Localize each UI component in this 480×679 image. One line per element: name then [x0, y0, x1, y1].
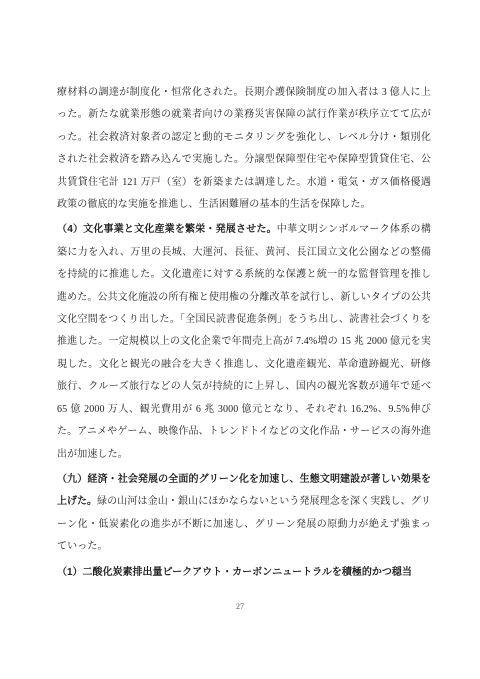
text-run: 療材料の調達が制度化・恒常化された。長期介護保険制度の加入者は 3 億人に上った… — [57, 87, 431, 210]
paragraph: 療材料の調達が制度化・恒常化された。長期介護保険制度の加入者は 3 億人に上った… — [57, 82, 431, 216]
text-run: 緑の山河は金山・銀山にほかならないという発展理念を深く実践し、グリーン化・低炭素… — [57, 496, 431, 552]
page-footer: 27 — [0, 596, 480, 614]
paragraph: （4）文化事業と文化産業を繁栄・発展させた。中華文明シンボルマーク体系の構築に力… — [57, 219, 431, 465]
page-number: 27 — [236, 602, 244, 611]
document-page: 療材料の調達が制度化・恒常化された。長期介護保険制度の加入者は 3 億人に上った… — [0, 0, 480, 679]
paragraph: （1）二酸化炭素排出量ピークアウト・カーボンニュートラルを積極的かつ穏当 — [57, 562, 431, 584]
paragraph: （九）経済・社会発展の全面的グリーン化を加速し、生態文明建設が著しい効果を上げた… — [57, 469, 431, 559]
text-run: 中華文明シンボルマーク体系の構築に力を入れ、万里の長城、大運河、長征、黄河、長江… — [57, 224, 431, 459]
bold-text-run: （1）二酸化炭素排出量ピークアウト・カーボンニュートラルを積極的かつ穏当 — [57, 567, 412, 578]
bold-text-run: （4）文化事業と文化産業を繁栄・発展させた。 — [57, 224, 277, 235]
document-text: 療材料の調達が制度化・恒常化された。長期介護保険制度の加入者は 3 億人に上った… — [57, 82, 431, 587]
